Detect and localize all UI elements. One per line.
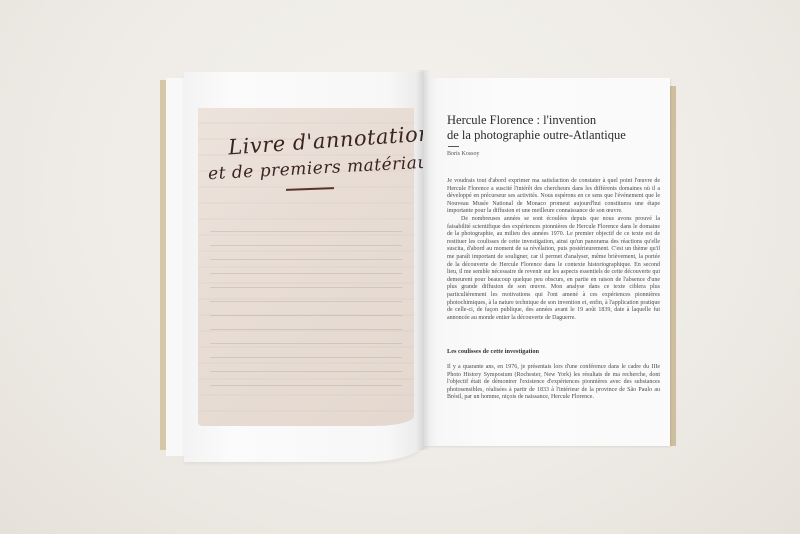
manuscript-image: Livre d'annotations et de premiers matér… [198,108,414,426]
chapter-title-line-1: Hercule Florence : l'invention [447,113,657,128]
book-gutter-shadow [416,70,430,450]
paragraph-2: De nombreuses années se sont écoulées de… [447,216,660,322]
paragraph-3: Il y a quarante ans, en 1976, je présent… [447,364,660,402]
paragraph-1: Je voudrais tout d'abord exprimer ma sat… [447,178,660,216]
handwriting-flourish [286,187,334,191]
section-subheading: Les coulisses de cette investigation [447,348,539,355]
body-text-section-2: Il y a quarante ans, en 1976, je présent… [447,364,660,402]
chapter-title-line-2: de la photographie outre-Atlantique [447,128,657,143]
author-name: Boris Kossoy [447,151,480,157]
faded-handwriting [210,218,402,399]
title-rule [448,146,459,147]
body-text: Je voudrais tout d'abord exprimer ma sat… [447,178,660,322]
chapter-title: Hercule Florence : l'invention de la pho… [447,113,657,143]
